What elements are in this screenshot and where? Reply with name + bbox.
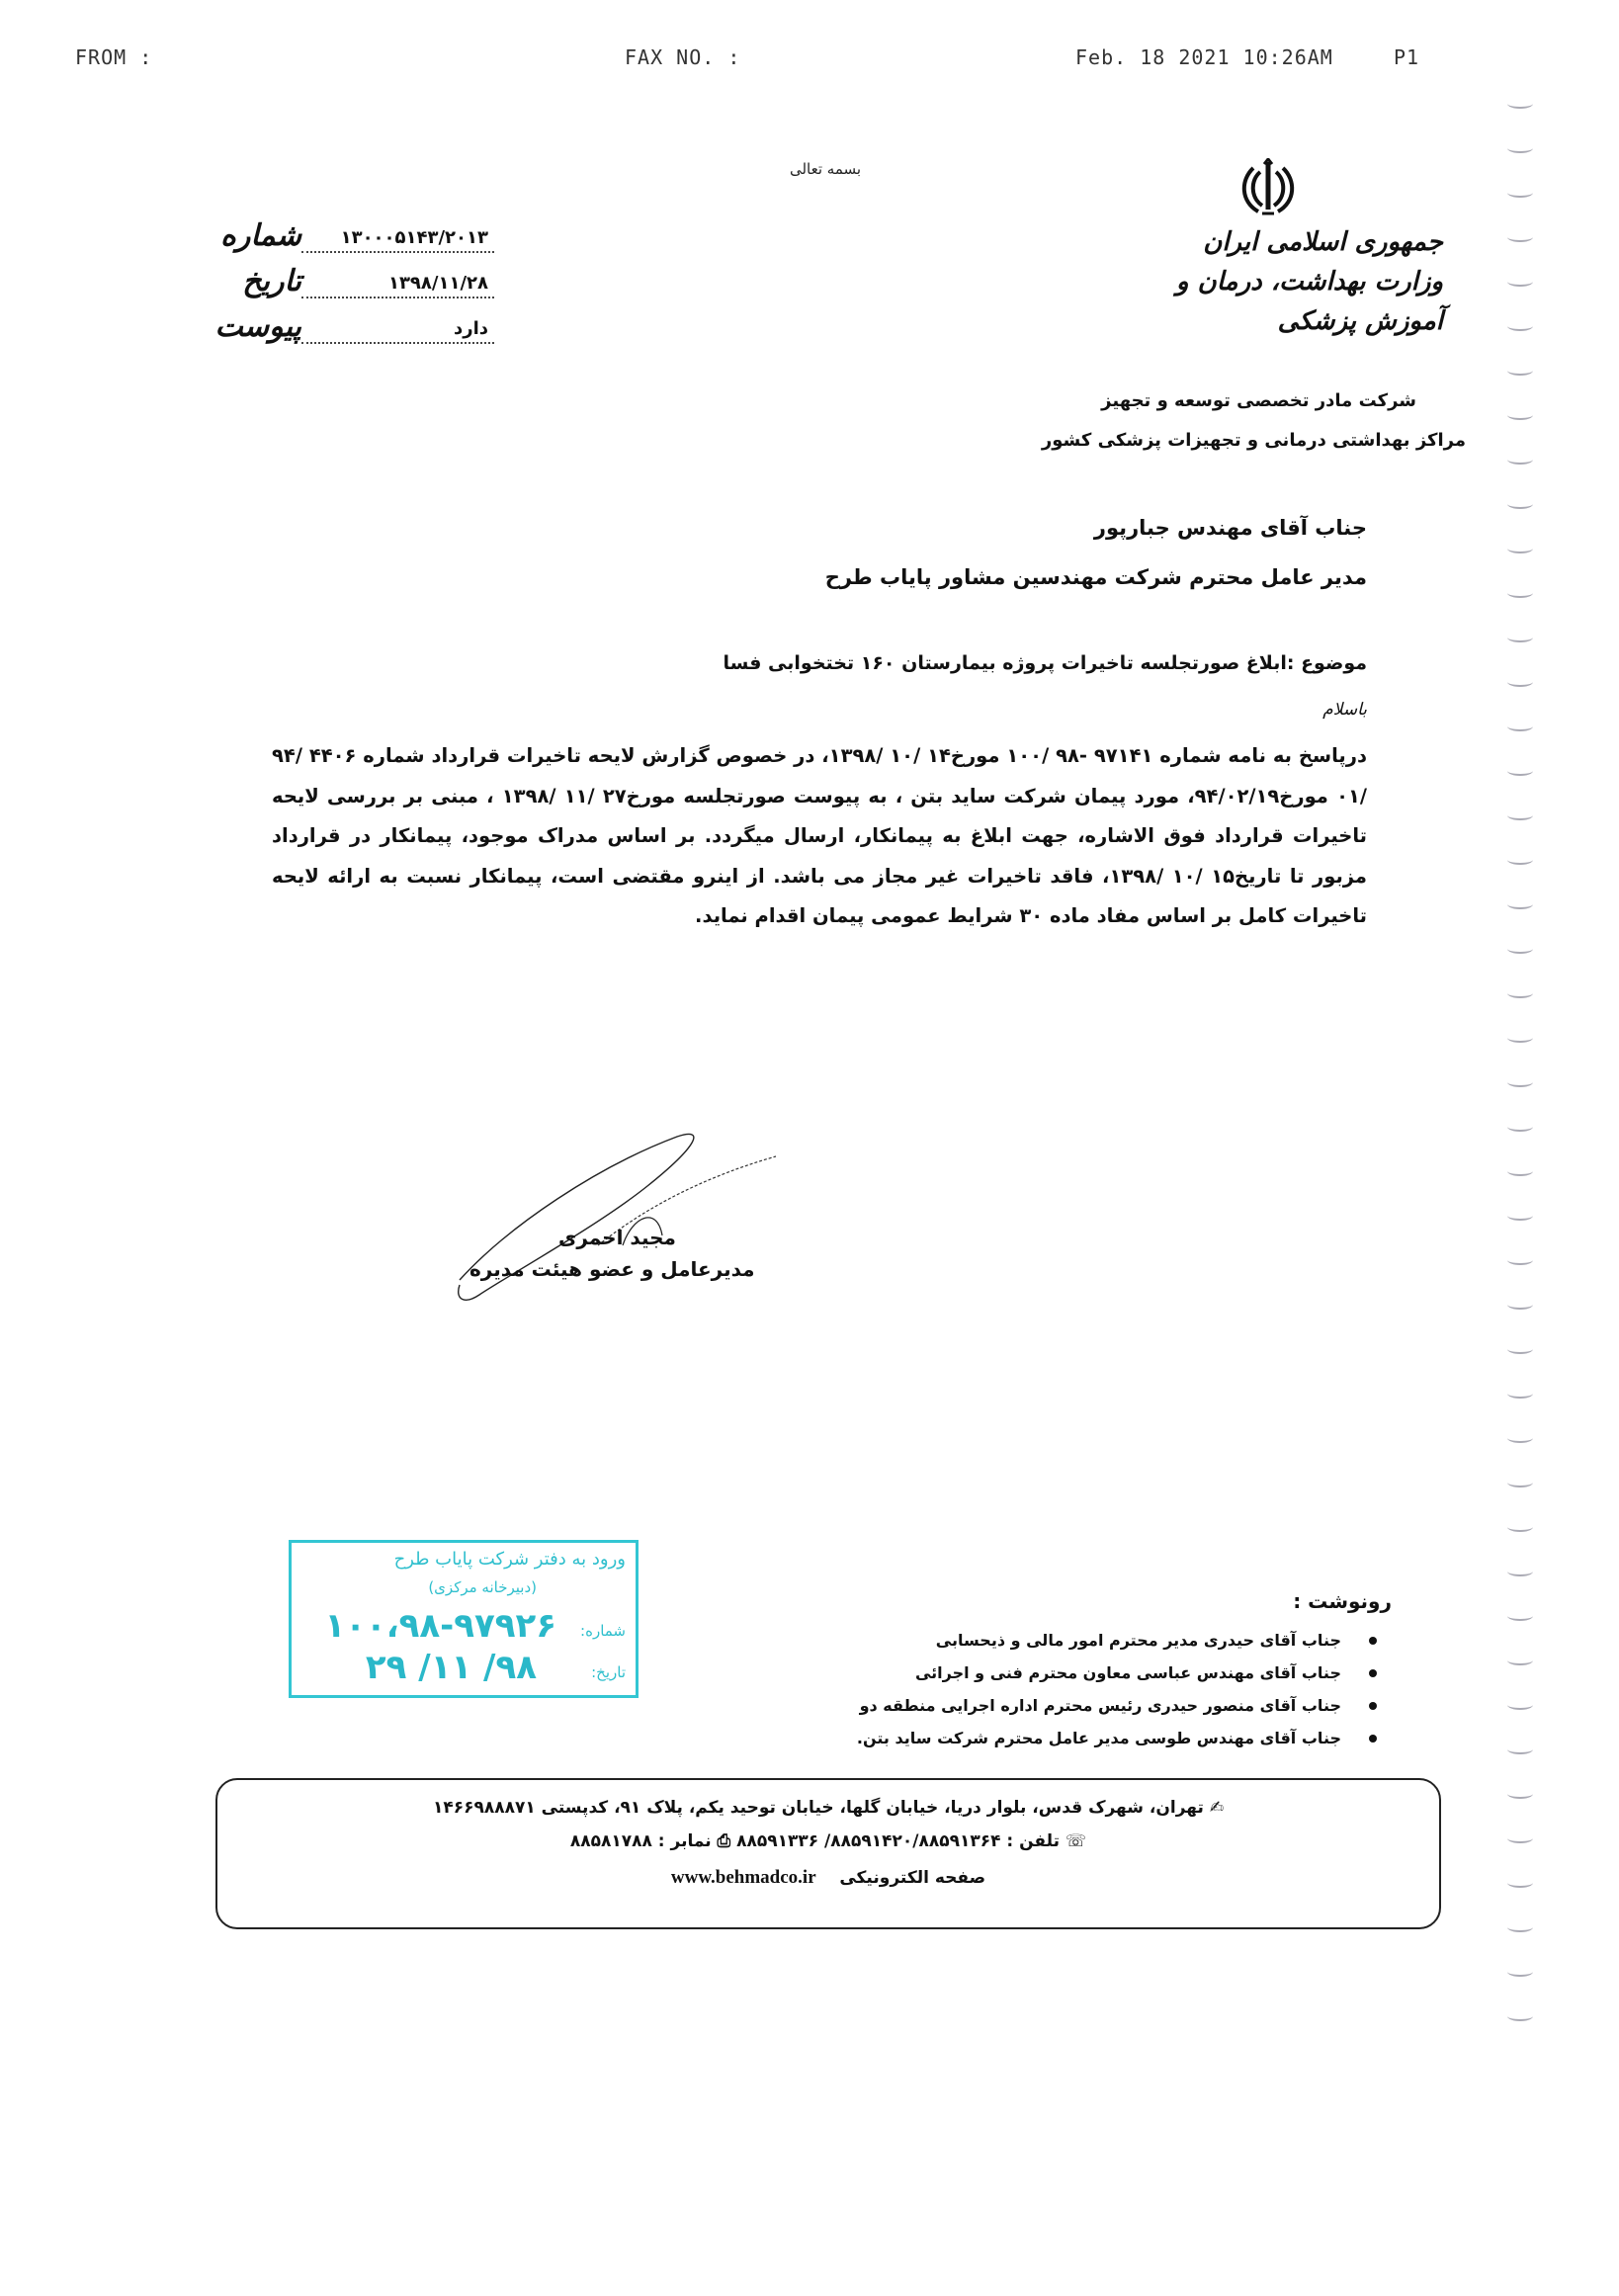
binder-hole-icon: [1507, 766, 1533, 776]
binder-hole-icon: [1507, 1833, 1533, 1843]
cc-item: جناب آقای منصور حیدری رئیس محترم اداره ا…: [857, 1689, 1377, 1722]
letter-number-value: ۱۳۰۰۰۵۱۴۳/۲۰۱۳: [301, 225, 494, 253]
binder-hole-icon: [1507, 1433, 1533, 1443]
binder-hole-icon: [1507, 1300, 1533, 1310]
letter-number-label: شماره: [242, 218, 301, 253]
binder-hole-icon: [1507, 2011, 1533, 2021]
bullet-icon: [1369, 1702, 1377, 1710]
fax-number-label: FAX NO. :: [625, 45, 740, 69]
binder-hole-icon: [1507, 899, 1533, 909]
greeting: باسلام: [1322, 700, 1367, 720]
iran-emblem-icon: [1240, 158, 1296, 217]
stamp-date-label: تاریخ:: [591, 1663, 626, 1681]
ministry-calligraphy: جمهوری اسلامی ایران وزارت بهداشت، درمان …: [1127, 222, 1443, 341]
cc-list: جناب آقای حیدری مدیر محترم امور مالی و ذ…: [857, 1624, 1377, 1754]
phone-label: ☏ تلفن :: [1006, 1831, 1086, 1851]
phone-numbers: ۸۸۵۹۱۴۲۰/۸۸۵۹۱۳۶۴/ ۸۸۵۹۱۳۳۶: [736, 1831, 1000, 1851]
binder-hole-icon: [1507, 1166, 1533, 1176]
binder-hole-icon: [1507, 988, 1533, 998]
binder-hole-icon: [1507, 810, 1533, 820]
ministry-name: وزارت بهداشت، درمان و آموزش پزشکی: [1127, 262, 1443, 341]
letter-number-row: شماره ۱۳۰۰۰۵۱۴۳/۲۰۱۳: [242, 213, 494, 258]
binder-hole-icon: [1507, 1077, 1533, 1087]
binder-hole-icon: [1507, 232, 1533, 242]
binder-hole-icon: [1507, 1211, 1533, 1221]
letter-meta: شماره ۱۳۰۰۰۵۱۴۳/۲۰۱۳ تاریخ ۱۳۹۸/۱۱/۲۸ پی…: [242, 213, 494, 349]
recipient-name: جناب آقای مهندس جبارپور: [1094, 516, 1367, 540]
binder-hole-icon: [1507, 1656, 1533, 1665]
basmala: بسمه تعالی: [771, 160, 880, 178]
binder-hole-icon: [1507, 1700, 1533, 1710]
letter-attachment-value: دارد: [301, 316, 494, 344]
fax-icon: ⎙: [718, 1831, 731, 1851]
binder-hole-icon: [1507, 1567, 1533, 1576]
binder-hole-icon: [1507, 1344, 1533, 1354]
binder-hole-icon: [1507, 188, 1533, 198]
binder-hole-icon: [1507, 588, 1533, 598]
handwritten-signature-icon: [450, 1127, 796, 1310]
binder-hole-icon: [1507, 1389, 1533, 1399]
website-label: صفحه الکترونیکی: [839, 1868, 985, 1888]
cc-title: رونوشت :: [1293, 1589, 1392, 1613]
fax-timestamp: Feb. 18 2021 10:26AM: [1075, 45, 1333, 69]
binder-hole-icon: [1507, 1967, 1533, 1977]
letter-attachment-label: پیوست: [242, 309, 301, 344]
binder-hole-icon: [1507, 1878, 1533, 1888]
binder-hole-icon: [1507, 321, 1533, 331]
binder-hole-icon: [1507, 366, 1533, 376]
binder-hole-icon: [1507, 1611, 1533, 1621]
cc-item: جناب آقای مهندس عباسی معاون محترم فنی و …: [857, 1657, 1377, 1689]
fax-number: ۸۸۵۸۱۷۸۸: [570, 1831, 652, 1851]
signatory-name: مجید احمری: [558, 1226, 676, 1249]
stamp-number-label: شماره:: [580, 1622, 626, 1640]
cc-item: جناب آقای حیدری مدیر محترم امور مالی و ذ…: [857, 1624, 1377, 1657]
binder-hole-icon: [1507, 1522, 1533, 1532]
cc-item: جناب آقای مهندس طوسی مدیر عامل محترم شرک…: [857, 1722, 1377, 1754]
footer-website: صفحه الکترونیکی www.behmadco.ir: [217, 1867, 1439, 1889]
binder-hole-icon: [1507, 544, 1533, 553]
footer-phone-fax: ☏ تلفن : ۸۸۵۹۱۴۲۰/۸۸۵۹۱۳۶۴/ ۸۸۵۹۱۳۳۶ ⎙ ن…: [217, 1831, 1439, 1851]
country-name: جمهوری اسلامی ایران: [1127, 222, 1443, 262]
signature-block: مجید احمری مدیرعامل و عضو هیئت مدیره: [450, 1127, 796, 1310]
binder-hole-icon: [1507, 1255, 1533, 1265]
website-link[interactable]: www.behmadco.ir: [671, 1867, 816, 1888]
binder-hole-icon: [1507, 1478, 1533, 1488]
stamp-number-value: ۱۰۰،۹۸-۹۷۹۲۶: [324, 1606, 556, 1646]
fax-label: نمابر :: [658, 1831, 712, 1851]
stamp-title: ورود به دفتر شرکت پایاب طرح: [394, 1549, 626, 1570]
binder-hole-icon: [1507, 143, 1533, 153]
bullet-icon: [1369, 1669, 1377, 1677]
fax-header: FROM : FAX NO. : Feb. 18 2021 10:26AM P1: [0, 45, 1619, 69]
receipt-stamp: ورود به دفتر شرکت پایاب طرح (دبیرخانه مر…: [289, 1540, 639, 1698]
binder-hole-icon: [1507, 1922, 1533, 1932]
binder-hole-icon: [1507, 1744, 1533, 1754]
letter-date-row: تاریخ ۱۳۹۸/۱۱/۲۸: [242, 258, 494, 303]
stamp-date-value: ۹۸/ ۱۱/ ۲۹: [366, 1648, 537, 1687]
letter-attachment-row: پیوست دارد: [242, 303, 494, 349]
letter-subject: موضوع :ابلاغ صورتجلسه تاخیرات پروژه بیما…: [724, 652, 1367, 674]
binder-hole-icon: [1507, 1122, 1533, 1132]
binder-hole-icon: [1507, 677, 1533, 687]
binder-hole-icon: [1507, 855, 1533, 865]
letter-date-value: ۱۳۹۸/۱۱/۲۸: [301, 271, 494, 298]
binder-hole-icon: [1507, 722, 1533, 731]
org-name-line-2: مراکز بهداشتی درمانی و تجهیزات پزشکی کشو…: [1042, 430, 1466, 451]
org-name-line-1: شرکت مادر تخصصی توسعه و تجهیز: [1101, 390, 1416, 411]
footer-address: ✍ تهران، شهرک قدس، بلوار دریا، خیابان گل…: [217, 1798, 1439, 1818]
binder-hole-icon: [1507, 633, 1533, 642]
fax-page-number: P1: [1394, 45, 1419, 69]
fax-from-label: FROM :: [75, 45, 152, 69]
signatory-title: مدیرعامل و عضو هیئت مدیره: [469, 1257, 755, 1281]
stamp-subtitle: (دبیرخانه مرکزی): [428, 1578, 537, 1596]
bullet-icon: [1369, 1637, 1377, 1645]
binder-hole-icon: [1507, 455, 1533, 465]
recipient-title: مدیر عامل محترم شرکت مهندسین مشاور پایاب…: [825, 565, 1367, 589]
binder-hole-icon: [1507, 277, 1533, 287]
bullet-icon: [1369, 1735, 1377, 1743]
binder-hole-icon: [1507, 1789, 1533, 1799]
binder-hole-icon: [1507, 499, 1533, 509]
footer-contact-box: ✍ تهران، شهرک قدس، بلوار دریا، خیابان گل…: [215, 1778, 1441, 1929]
letter-body: درپاسخ به نامه شماره ۹۷۱۴۱ -۹۸ /۱۰۰ مورخ…: [272, 736, 1367, 937]
binder-hole-icon: [1507, 410, 1533, 420]
binder-hole-icon: [1507, 99, 1533, 109]
binder-hole-icon: [1507, 1033, 1533, 1043]
letter-date-label: تاریخ: [242, 264, 301, 298]
binder-hole-icon: [1507, 944, 1533, 954]
